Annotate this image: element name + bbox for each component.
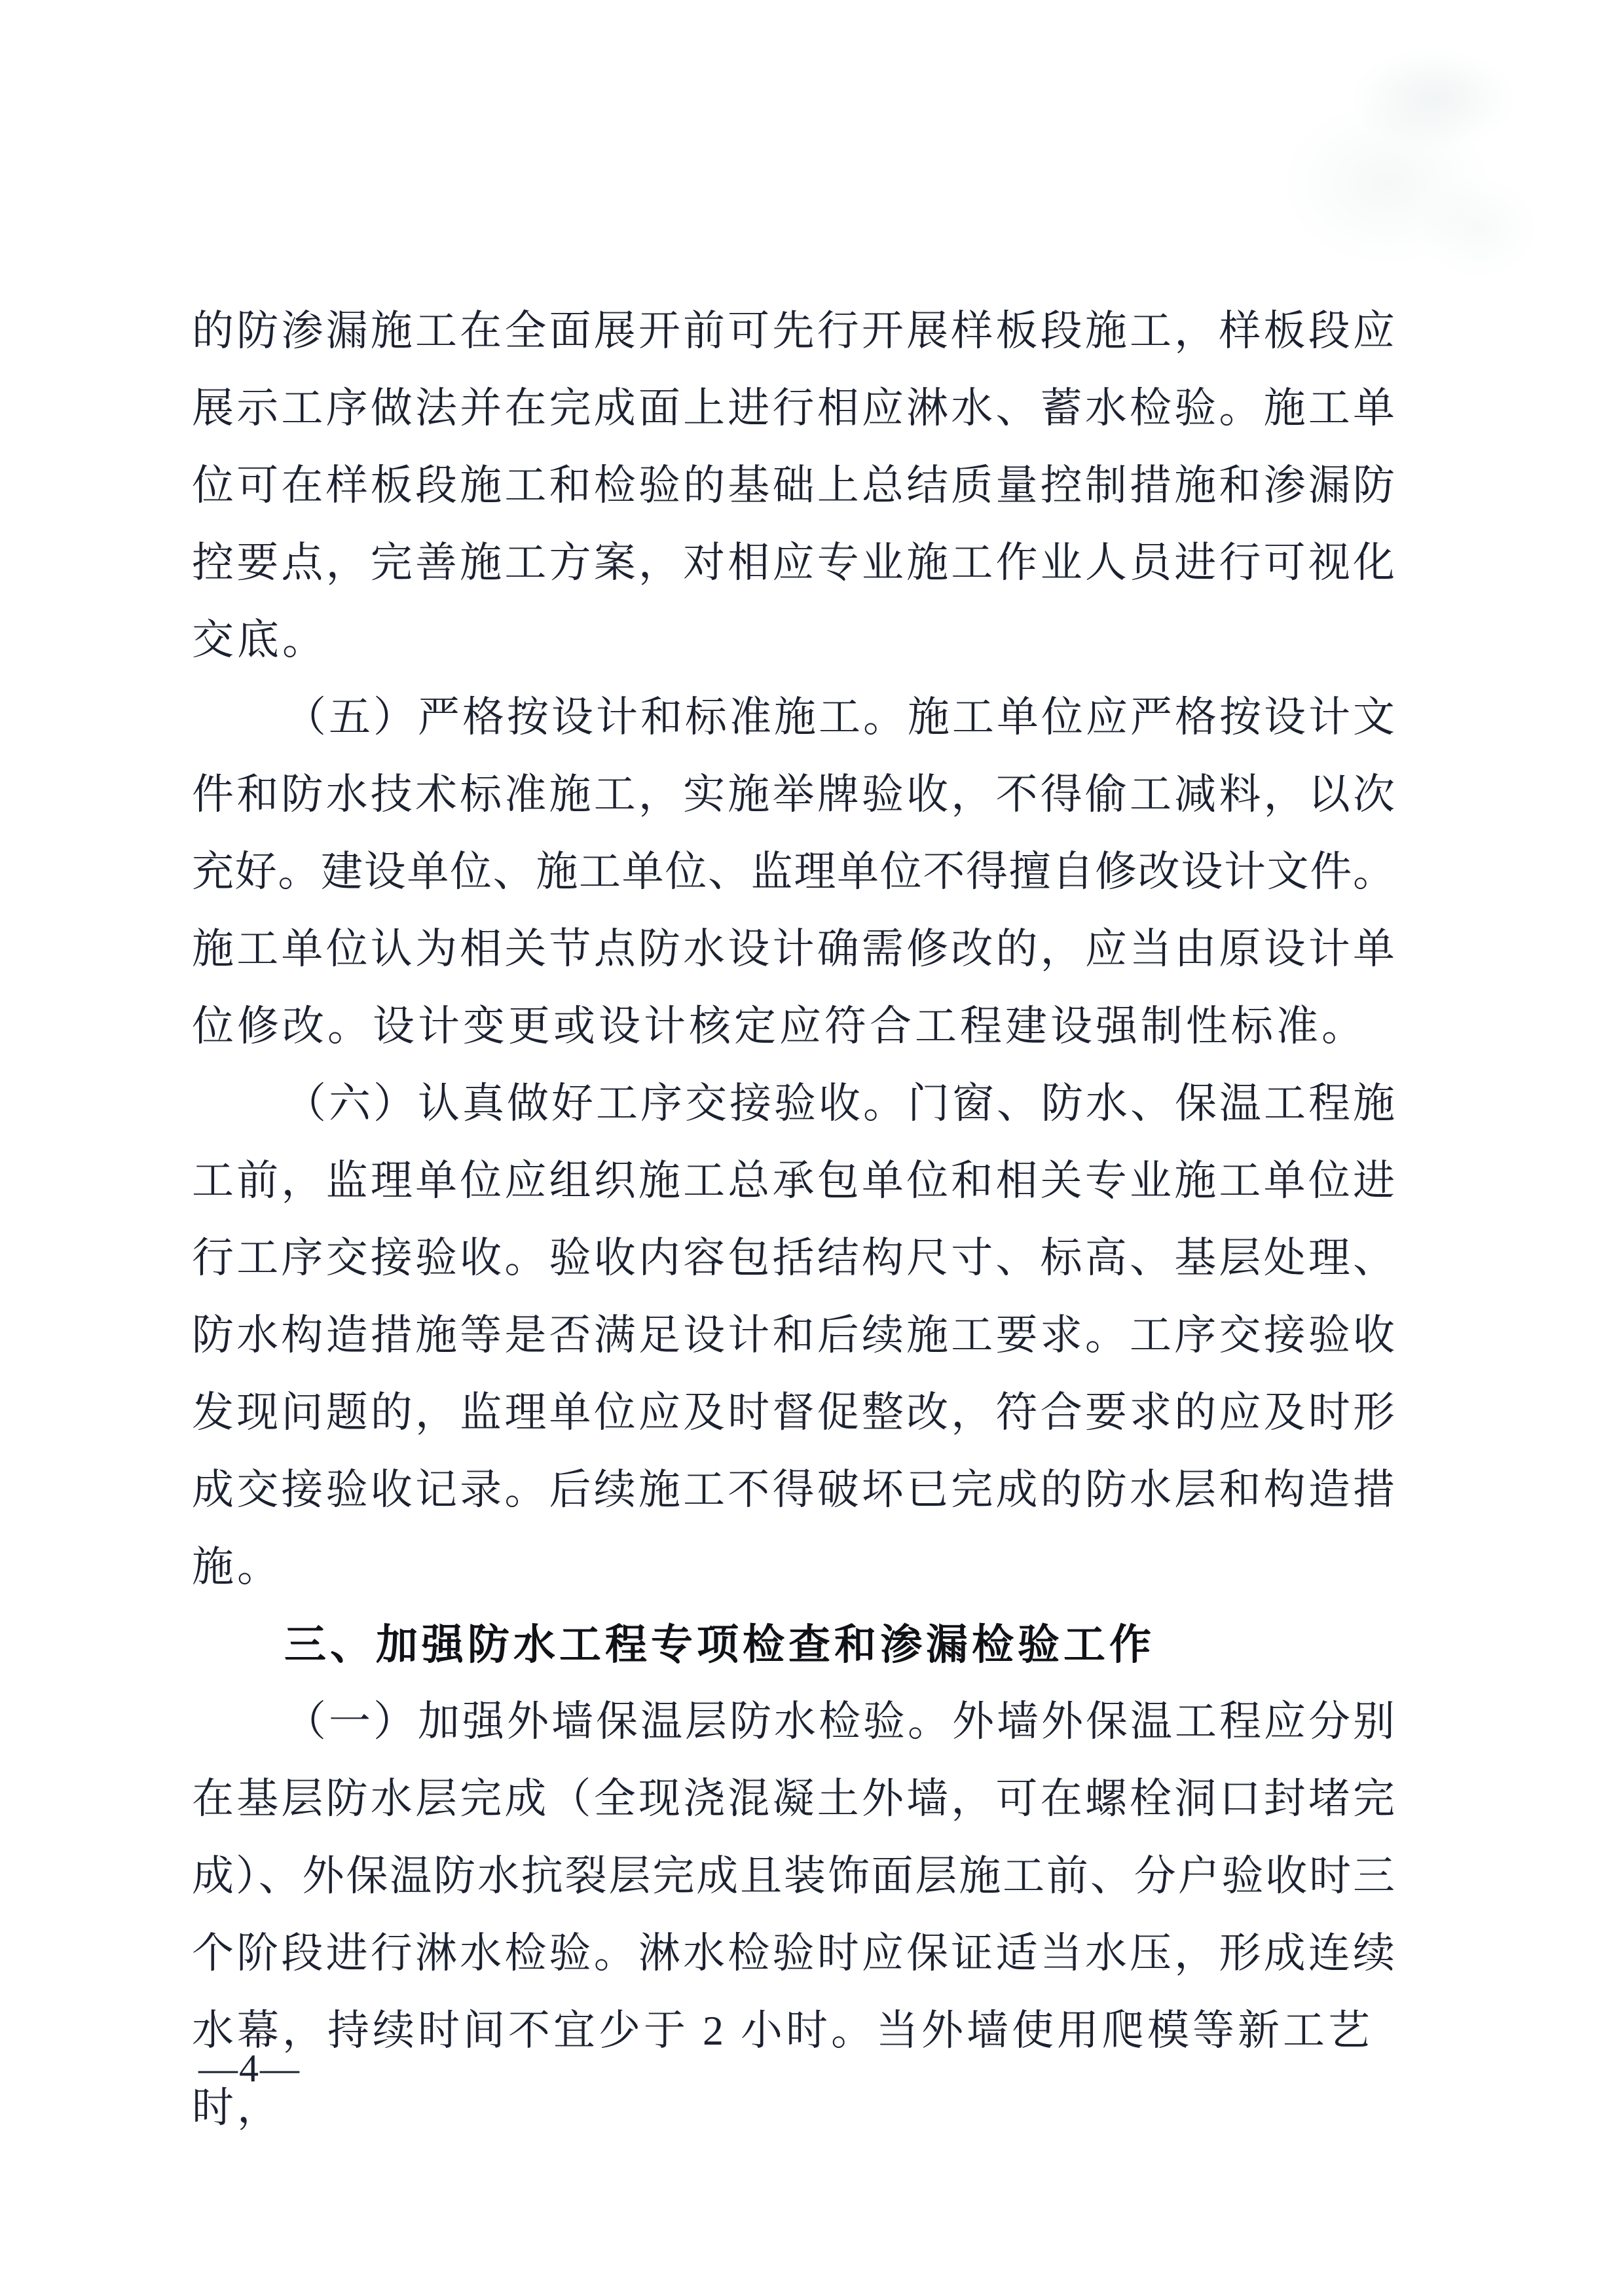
text-line: 件和防水技术标准施工，实施举牌验收，不得偷工减料，以次: [192, 756, 1395, 833]
text-line: 个阶段进行淋水检验。淋水检验时应保证适当水压，形成连续: [192, 1915, 1395, 1992]
text-line: 行工序交接验收。验收内容包括结构尺寸、标高、基层处理、: [192, 1220, 1395, 1297]
text-line: 成交接验收记录。后续施工不得破坏已完成的防水层和构造措: [192, 1451, 1395, 1529]
paragraph: （一）加强外墙保温层防水检验。外墙外保温工程应分别在基层防水层完成（全现浇混凝土…: [192, 1683, 1395, 2069]
text-line: （一）加强外墙保温层防水检验。外墙外保温工程应分别: [192, 1683, 1395, 1760]
section-heading: 三、加强防水工程专项检查和渗漏检验工作: [192, 1606, 1395, 1683]
text-line: 三、加强防水工程专项检查和渗漏检验工作: [192, 1606, 1395, 1683]
paragraph: （五）严格按设计和标准施工。施工单位应严格按设计文件和防水技术标准施工，实施举牌…: [192, 679, 1395, 1065]
paragraph: （六）认真做好工序交接验收。门窗、防水、保温工程施工前，监理单位应组织施工总承包…: [192, 1065, 1395, 1606]
text-line: 交底。: [192, 602, 1395, 679]
text-line: 水幕，持续时间不宜少于 2 小时。当外墙使用爬模等新工艺时，: [192, 1992, 1395, 2069]
text-line: 在基层防水层完成（全现浇混凝土外墙，可在螺栓洞口封堵完: [192, 1760, 1395, 1838]
document-page: 的防渗漏施工在全面展开前可先行开展样板段施工，样板段应展示工序做法并在完成面上进…: [0, 0, 1624, 2296]
text-line: 展示工序做法并在完成面上进行相应淋水、蓄水检验。施工单: [192, 370, 1395, 447]
text-line: 位可在样板段施工和检验的基础上总结质量控制措施和渗漏防: [192, 447, 1395, 524]
text-line: 防水构造措施等是否满足设计和后续施工要求。工序交接验收: [192, 1297, 1395, 1374]
text-line: 施。: [192, 1529, 1395, 1606]
text-line: 充好。建设单位、施工单位、监理单位不得擅自修改设计文件。: [192, 833, 1395, 911]
page-number: —4—: [198, 2048, 301, 2088]
text-line: （五）严格按设计和标准施工。施工单位应严格按设计文: [192, 679, 1395, 756]
text-line: 的防渗漏施工在全面展开前可先行开展样板段施工，样板段应: [192, 293, 1395, 370]
text-line: （六）认真做好工序交接验收。门窗、防水、保温工程施: [192, 1065, 1395, 1142]
text-line: 控要点，完善施工方案，对相应专业施工作业人员进行可视化: [192, 524, 1395, 602]
text-line: 成）、外保温防水抗裂层完成且装饰面层施工前、分户验收时三: [192, 1838, 1395, 1915]
text-line: 工前，监理单位应组织施工总承包单位和相关专业施工单位进: [192, 1142, 1395, 1220]
paragraph: 的防渗漏施工在全面展开前可先行开展样板段施工，样板段应展示工序做法并在完成面上进…: [192, 293, 1395, 679]
document-body: 的防渗漏施工在全面展开前可先行开展样板段施工，样板段应展示工序做法并在完成面上进…: [192, 293, 1395, 2069]
text-line: 位修改。设计变更或设计核定应符合工程建设强制性标准。: [192, 988, 1395, 1065]
text-line: 施工单位认为相关节点防水设计确需修改的，应当由原设计单: [192, 911, 1395, 988]
text-line: 发现问题的，监理单位应及时督促整改，符合要求的应及时形: [192, 1374, 1395, 1451]
